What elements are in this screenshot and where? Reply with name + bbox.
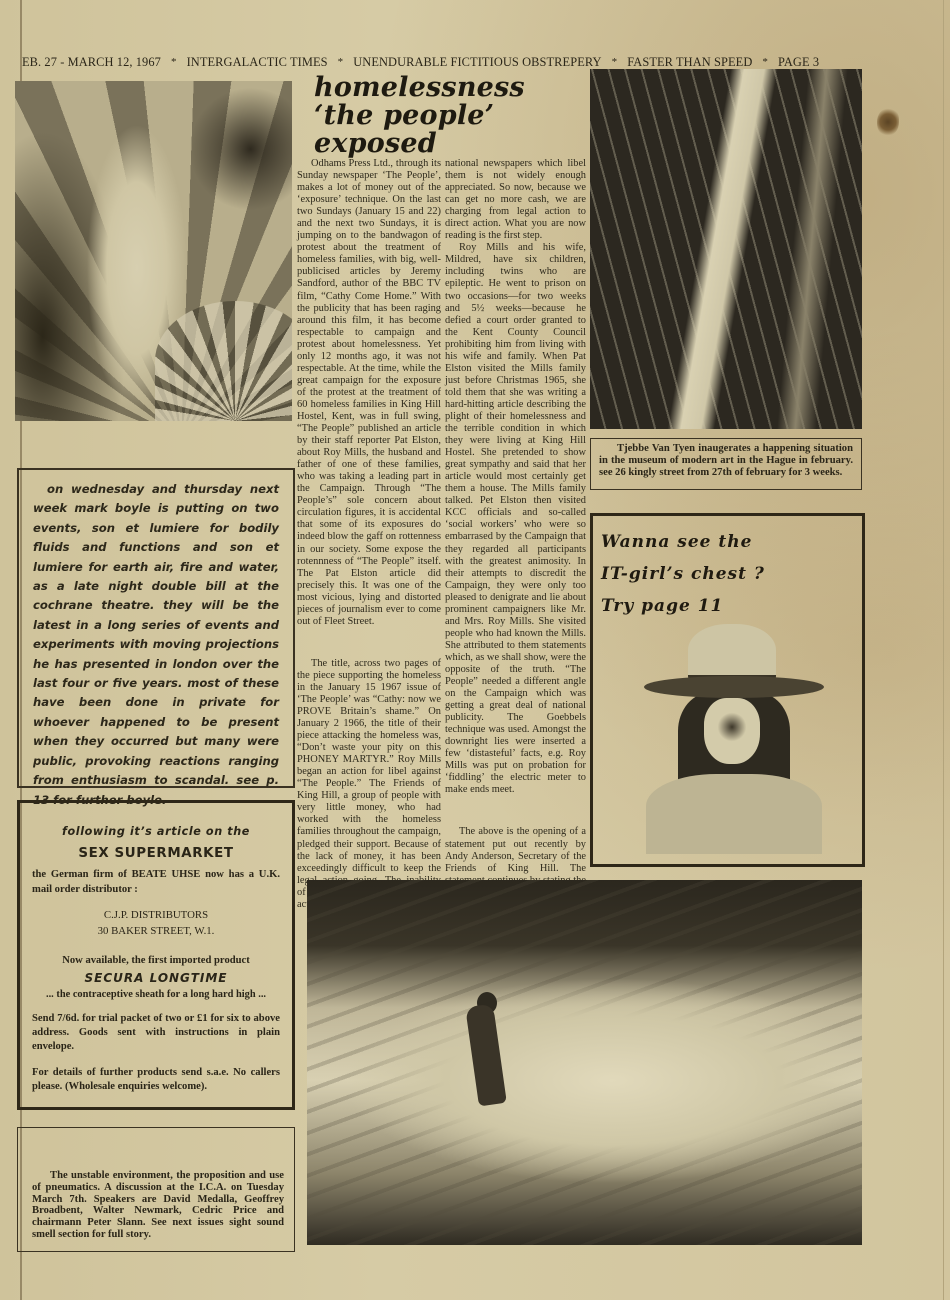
paper-stain	[877, 108, 899, 136]
ad-kicker: following it’s article on the	[32, 825, 280, 838]
man-figure-shape	[465, 1004, 507, 1107]
it-girl-promo: Wanna see the IT-girl’s chest ? Try page…	[590, 513, 865, 867]
ad-address: C.J.P. DISTRIBUTORS 30 BAKER STREET, W.1…	[32, 907, 280, 939]
caption-text: Tjebbe Van Tyen inaugerates a happening …	[599, 443, 853, 478]
star-separator-icon: *	[762, 56, 768, 68]
ica-discussion-notice: The unstable environment, the propositio…	[17, 1127, 295, 1252]
ica-text: The unstable environment, the propositio…	[32, 1170, 284, 1241]
article-paragraph: national newspapers which libel them is …	[445, 158, 586, 242]
boyle-text: on wednesday and thursday next week mark…	[33, 480, 279, 810]
headline-line-3: exposed	[314, 130, 584, 158]
ad-details: For details of further products send s.a…	[32, 1066, 280, 1094]
masthead-subtitle: UNENDURABLE FICTITIOUS OBSTREPERY	[353, 55, 601, 70]
article-paragraph: Odhams Press Ltd., through its Sunday ne…	[297, 158, 441, 628]
ad-address-line-2: 30 BAKER STREET, W.1.	[32, 923, 280, 939]
star-separator-icon: *	[171, 56, 177, 68]
shell-shape	[155, 301, 292, 421]
page-right-edge	[943, 0, 944, 1300]
happening-photo	[590, 69, 862, 429]
headline-line-2: ‘the people’	[314, 102, 584, 130]
promo-line-2: IT-girl’s chest ?	[601, 558, 854, 590]
ad-address-line-1: C.J.P. DISTRIBUTORS	[32, 907, 280, 923]
ad-availability: Now available, the first imported produc…	[32, 955, 280, 966]
shoulders-shape	[646, 774, 822, 854]
inflatable-photo	[307, 880, 862, 1245]
star-separator-icon: *	[338, 56, 344, 68]
ad-tagline: ... the contraceptive sheath for a long …	[32, 989, 280, 1000]
venus-photo	[15, 81, 292, 421]
masthead-slogan: FASTER THAN SPEED	[627, 55, 752, 70]
skull-mask-shape	[704, 698, 760, 764]
article-paragraph: Roy Mills and his wife, Mildred, have si…	[445, 242, 586, 796]
ad-order-info: Send 7/6d. for trial packet of two or £1…	[32, 1012, 280, 1054]
woman-in-hat-photo	[648, 624, 818, 854]
star-separator-icon: *	[612, 56, 618, 68]
mark-boyle-notice: on wednesday and thursday next week mark…	[17, 468, 295, 788]
promo-line-3: Try page 11	[601, 590, 854, 622]
promo-line-1: Wanna see the	[601, 526, 854, 558]
page-number: PAGE 3	[778, 55, 819, 70]
ad-intro: the German firm of BEATE UHSE now has a …	[32, 867, 280, 897]
headline-line-1: homelessness	[314, 74, 584, 102]
hat-crown-shape	[688, 624, 776, 682]
article-column-1: Odhams Press Ltd., through its Sunday ne…	[297, 158, 441, 911]
article-headline: homelessness ‘the people’ exposed	[314, 74, 584, 158]
ad-title: SEX SUPERMARKET	[32, 846, 280, 861]
sex-supermarket-ad: following it’s article on the SEX SUPERM…	[17, 800, 295, 1110]
photo-caption: Tjebbe Van Tyen inaugerates a happening …	[590, 438, 862, 490]
masthead-title: INTERGALACTIC TIMES	[187, 55, 328, 70]
article-paragraph: The title, across two pages of the piece…	[297, 658, 441, 911]
masthead-date: EB. 27 - MARCH 12, 1967	[22, 55, 161, 70]
hat-brim-shape	[644, 676, 824, 698]
ad-product-name: SECURA LONGTIME	[32, 971, 280, 985]
